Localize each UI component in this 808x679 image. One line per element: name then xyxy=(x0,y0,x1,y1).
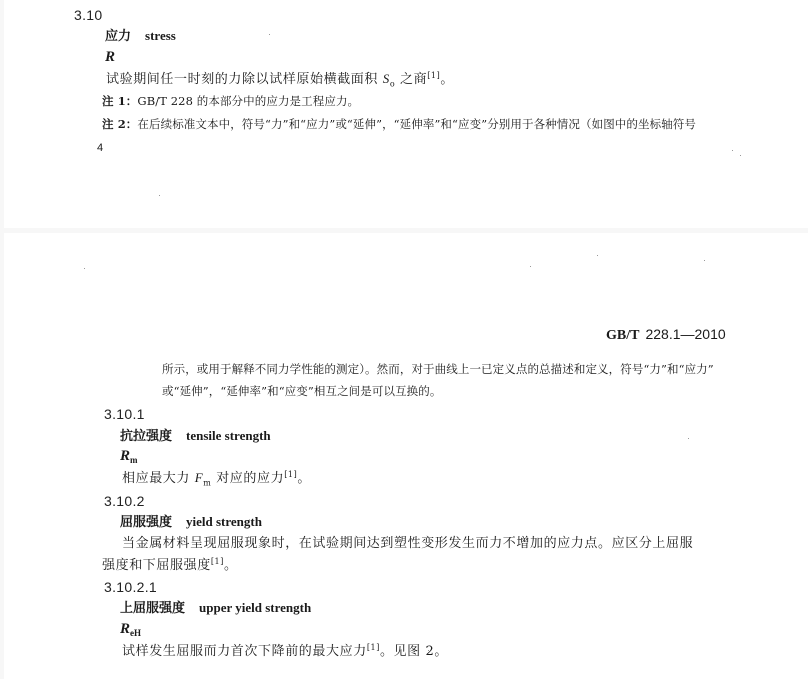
scan-speck xyxy=(704,260,705,261)
note-text: GB/T 228 的本部分中的应力是工程应力。 xyxy=(137,94,359,108)
term-symbol: R xyxy=(105,50,115,65)
definition-text: 相应最大力 xyxy=(122,471,195,486)
term-symbol: ReH xyxy=(120,622,141,638)
definition-text: 强度和下屈服强度 xyxy=(102,558,211,573)
scan-speck xyxy=(740,155,741,156)
term-zh: 应力 xyxy=(105,29,131,44)
term-heading: 屈服强度yield strength xyxy=(120,515,262,529)
definition-text: 试验期间任一时刻的力除以试样原始横截面积 xyxy=(106,72,383,87)
section-number: 3.10.2.1 xyxy=(104,580,157,594)
document-page-top: 3.10 应力stress R 试验期间任一时刻的力除以试样原始横截面积 So … xyxy=(4,0,808,228)
note-label: 注 1： xyxy=(102,94,137,108)
scan-speck xyxy=(688,438,689,439)
note-2-continued-line2: 或“延伸”，“延伸率”和“应变”相互之间是可以互换的。 xyxy=(162,386,441,398)
scan-speck xyxy=(269,34,270,35)
definition: 试验期间任一时刻的力除以试样原始横截面积 So 之商[1]。 xyxy=(106,72,454,89)
note-1: 注 1：GB/T 228 的本部分中的应力是工程应力。 xyxy=(102,96,359,108)
scan-speck xyxy=(428,650,429,651)
symbol-S: S xyxy=(383,71,390,86)
reference: [1] xyxy=(427,71,440,80)
standard-header: GB/T228.1—2010 xyxy=(606,327,726,343)
definition: 试样发生屈服而力首次下降前的最大应力[1]。见图 2。 xyxy=(122,644,448,658)
term-symbol: Rm xyxy=(120,449,138,465)
term-zh: 屈服强度 xyxy=(120,515,172,530)
reference: [1] xyxy=(284,470,297,479)
definition-end: 。 xyxy=(224,558,238,573)
symbol-R: R xyxy=(120,448,130,464)
scan-speck xyxy=(597,255,598,256)
note-2-continued-line1: 所示，或用于解释不同力学性能的测定）。然而，对于曲线上一已定义点的总描述和定义，… xyxy=(162,364,714,376)
term-en: tensile strength xyxy=(186,428,271,443)
scan-speck xyxy=(732,150,733,151)
symbol-R: R xyxy=(120,621,130,637)
definition-suffix: 对应的应力 xyxy=(211,471,284,486)
standard-number: 228.1—2010 xyxy=(645,326,725,342)
term-heading: 上屈服强度upper yield strength xyxy=(120,601,311,615)
definition-end: 。 xyxy=(440,72,454,87)
definition: 相应最大力 Fm 对应的应力[1]。 xyxy=(122,471,311,488)
definition-line2: 强度和下屈服强度[1]。 xyxy=(102,558,238,572)
page-number: 4 xyxy=(97,143,103,154)
standard-code: GB/T xyxy=(606,328,639,343)
term-en: yield strength xyxy=(186,514,262,529)
symbol-sub: m xyxy=(130,455,138,465)
definition-end: 。 xyxy=(297,471,311,486)
symbol-sub: eH xyxy=(130,628,141,638)
term-zh: 抗拉强度 xyxy=(120,429,172,444)
term-zh: 上屈服强度 xyxy=(120,601,185,616)
definition-end: 。见图 2。 xyxy=(380,644,448,659)
note-label: 注 2： xyxy=(102,117,137,131)
term-en: upper yield strength xyxy=(199,600,311,615)
definition-text: 试样发生屈服而力首次下降前的最大应力 xyxy=(122,644,367,659)
definition-line1: 当金属材料呈现屈服现象时，在试验期间达到塑性变形发生而力不增加的应力点。应区分上… xyxy=(122,537,693,550)
section-number: 3.10.2 xyxy=(104,494,145,508)
reference: [1] xyxy=(211,557,224,566)
term-heading: 抗拉强度tensile strength xyxy=(120,429,271,443)
term-heading: 应力stress xyxy=(105,29,176,43)
section-number: 3.10 xyxy=(74,8,102,22)
symbol-F: F xyxy=(195,470,204,485)
note-text: 在后续标准文本中，符号“力”和“应力”或“延伸”，“延伸率”和“应变”分别用于各… xyxy=(137,117,696,131)
scan-speck xyxy=(159,195,160,196)
note-2: 注 2：在后续标准文本中，符号“力”和“应力”或“延伸”，“延伸率”和“应变”分… xyxy=(102,119,696,131)
term-en: stress xyxy=(145,28,176,43)
definition-suffix: 之商 xyxy=(395,72,427,87)
document-page-bottom: GB/T228.1—2010 所示，或用于解释不同力学性能的测定）。然而，对于曲… xyxy=(4,233,808,679)
reference: [1] xyxy=(367,643,380,652)
section-number: 3.10.1 xyxy=(104,407,145,421)
scan-speck xyxy=(84,268,85,269)
scan-speck xyxy=(530,266,531,267)
